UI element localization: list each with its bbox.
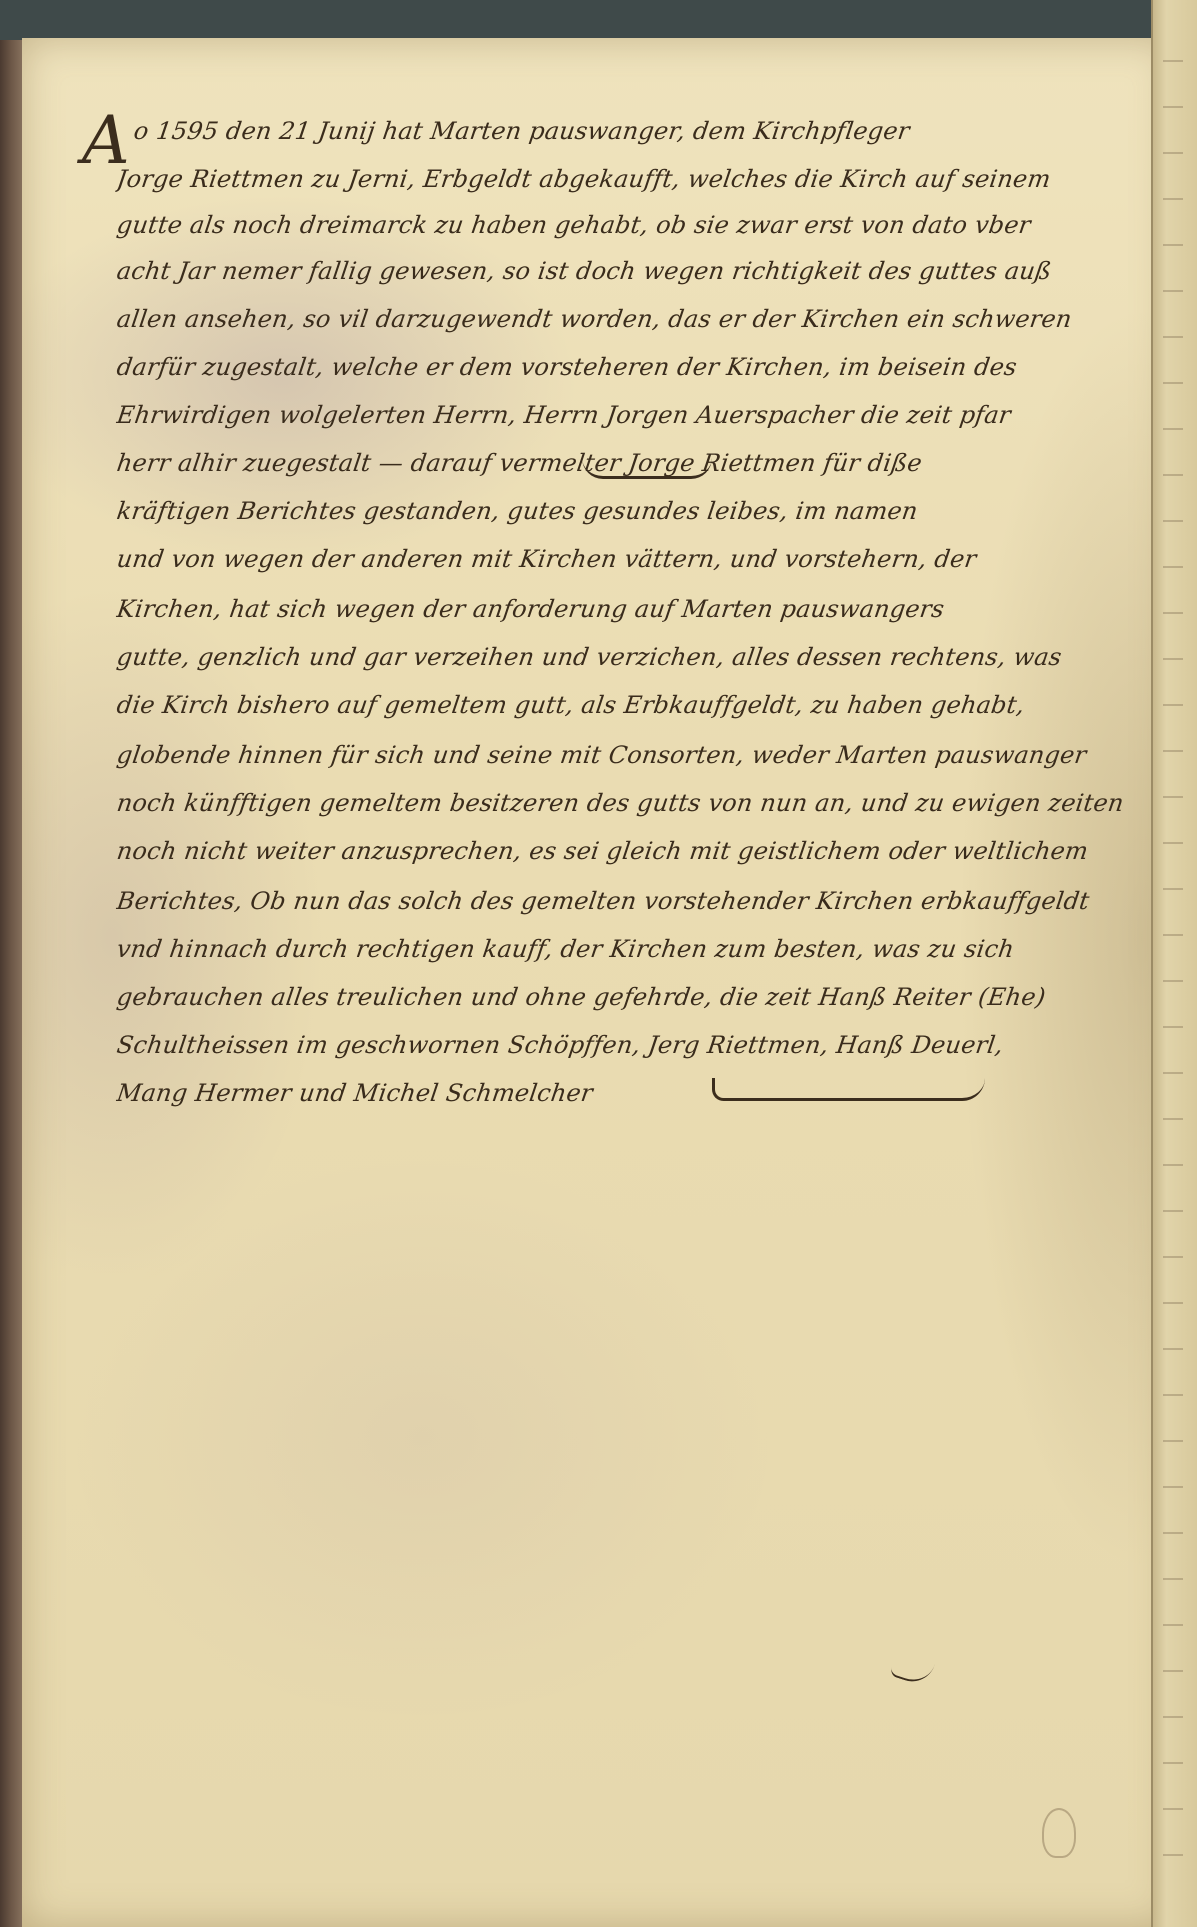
text-line: Kirchen, hat sich wegen der anforderung … [115,594,1179,624]
text-line: allen ansehen, so vil darzugewendt worde… [115,304,1179,334]
text-line: Ehrwirdigen wolgelerten Herrn, Herrn Jor… [115,400,1179,430]
text-line: Jorge Riettmen zu Jerni, Erbgeldt abgeka… [115,164,1179,194]
text-line: o 1595 den 21 Junij hat Marten pauswange… [132,116,1196,146]
text-line: gutte als noch dreimarck zu haben gehabt… [115,210,1179,240]
text-line: kräftigen Berichtes gestanden, gutes ges… [115,496,1179,526]
text-line: noch künfftigen gemeltem besitzeren des … [115,788,1179,818]
text-line: darfür zugestalt, welche er dem vorstehe… [115,352,1179,382]
text-line: Schultheissen im geschwornen Schöpffen, … [115,1030,1179,1060]
book-binding-left [0,40,24,1927]
pen-flourish [582,458,712,479]
text-line: gebrauchen alles treulichen und ohne gef… [115,982,1179,1012]
adjacent-page-edge [1151,0,1197,1927]
text-line: vnd hinnach durch rechtigen kauff, der K… [115,934,1179,964]
manuscript-text: o 1595 den 21 Junij hat Marten pauswange… [22,38,1172,1927]
text-line: globende hinnen für sich und seine mit C… [115,740,1179,770]
text-line: Mang Hermer und Michel Schmelcher [115,1078,679,1108]
text-line: und von wegen der anderen mit Kirchen vä… [115,544,1179,574]
text-line: die Kirch bishero auf gemeltem gutt, als… [115,690,1179,720]
manuscript-page: A o 1595 den 21 Junij hat Marten pauswan… [22,38,1172,1927]
text-line: gutte, genzlich und gar verzeihen und ve… [115,642,1179,672]
text-line: acht Jar nemer fallig gewesen, so ist do… [115,256,1179,286]
text-line: Berichtes, Ob nun das solch des gemelten… [115,886,1179,916]
text-line: noch nicht weiter anzusprechen, es sei g… [115,836,1179,866]
paper-watermark-mark [1042,1808,1076,1858]
closing-flourish [712,1078,985,1101]
